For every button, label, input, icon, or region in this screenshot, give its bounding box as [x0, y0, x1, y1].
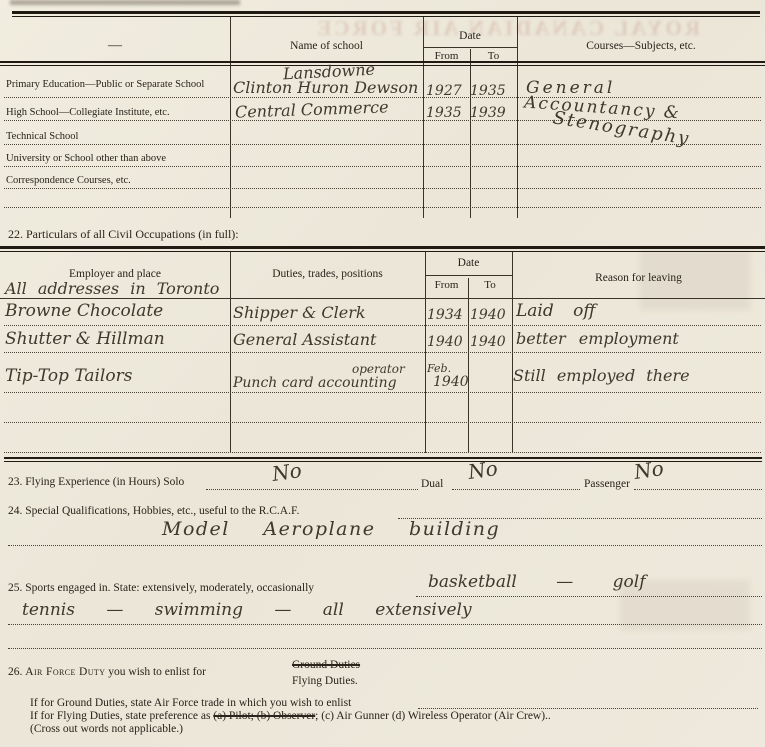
- handwritten-school-name: Central Commerce: [235, 99, 389, 120]
- occupations-date-underline: [425, 275, 512, 276]
- answer-leader: [416, 596, 762, 597]
- handwritten-reason: Laid off: [516, 303, 595, 320]
- education-table-top-rule: [12, 11, 760, 17]
- section-26-label: 26. Air Force Duty you wish to enlist fo…: [8, 666, 206, 680]
- education-header-rule: [0, 61, 765, 66]
- handwritten-qualifications: Model Aeroplane building: [162, 520, 500, 539]
- flying-duties-line: If for Flying Duties, state preference a…: [30, 710, 551, 724]
- answer-leader: [452, 489, 580, 490]
- handwritten-reason: Still employed there: [513, 368, 690, 384]
- section-22-number: 22.: [8, 227, 23, 241]
- occupations-row-line: [4, 422, 761, 423]
- education-fromto-divider: [470, 49, 471, 218]
- handwritten-date-from-month: Feb.: [427, 363, 451, 374]
- scan-smudge: [10, 0, 240, 5]
- handwritten-note-addresses: All addresses in Toronto: [5, 281, 219, 297]
- section-22-heading: 22. Particulars of all Civil Occupations…: [8, 227, 239, 241]
- education-row-label: High School—Collegiate Institute, etc.: [6, 107, 170, 120]
- section-25-label: 25. Sports engaged in. State: extensivel…: [8, 582, 314, 596]
- handwritten-dual-hours: No: [467, 458, 499, 482]
- handwritten-employer: Shutter & Hillman: [5, 331, 165, 348]
- answer-leader: [8, 545, 762, 546]
- handwritten-date-from: 1927: [426, 84, 462, 98]
- occupations-table-top-rule: [0, 246, 765, 252]
- duty-option-ground-struck: Ground Duties: [292, 659, 360, 673]
- cross-out-note: (Cross out words not applicable.): [30, 723, 183, 737]
- education-row-line: [4, 166, 761, 167]
- form-page: ROYAL CANADIAN AIR FORCE — Name of schoo…: [0, 0, 765, 747]
- duty-option-flying: Flying Duties.: [292, 675, 358, 689]
- handwritten-duties: Shipper & Clerk: [233, 305, 366, 321]
- section-26-number: 26.: [8, 666, 22, 678]
- education-row-line: [4, 207, 761, 208]
- education-header-courses: Courses—Subjects, etc.: [517, 40, 765, 54]
- occupations-header-to: To: [468, 279, 512, 292]
- occupations-row-line: [4, 325, 761, 326]
- occupations-header-date: Date: [425, 257, 512, 271]
- handwritten-date-to: 1940: [470, 335, 506, 349]
- education-row-label: University or School other than above: [6, 153, 166, 166]
- ground-duties-line: If for Ground Duties, state Air Force tr…: [30, 697, 351, 711]
- answer-leader: [8, 624, 762, 625]
- handwritten-date-to: 1939: [470, 106, 506, 120]
- handwritten-date-from: 1935: [426, 106, 462, 120]
- flying-duties-pre: If for Flying Duties, state preference a…: [30, 710, 213, 722]
- handwritten-date-to: 1935: [470, 84, 506, 98]
- handwritten-passenger-hours: No: [633, 458, 665, 482]
- education-header-dash: —: [0, 38, 230, 55]
- answer-leader: [418, 708, 758, 709]
- answer-leader: [634, 489, 762, 490]
- passenger-label: Passenger: [584, 478, 630, 492]
- handwritten-date-from: 1940: [427, 335, 463, 349]
- education-date-underline: [423, 47, 517, 48]
- occupations-row-line: [4, 352, 761, 353]
- education-header-school: Name of school: [230, 40, 423, 54]
- section-26-rest: you wish to enlist for: [105, 666, 206, 678]
- education-row-line: [4, 144, 761, 145]
- handwritten-employer: Browne Chocolate: [5, 303, 163, 320]
- dual-label: Dual: [421, 478, 443, 492]
- answer-leader: [8, 648, 762, 649]
- flying-duties-struck-options: (a) Pilot; (b) Observer: [213, 710, 315, 722]
- occupations-fromto-divider: [468, 278, 469, 453]
- handwritten-school-name: Clinton Huron Dewson: [233, 80, 418, 96]
- handwritten-date-from: 1940: [433, 375, 469, 389]
- education-row-label: Correspondence Courses, etc.: [6, 175, 131, 188]
- handwritten-duties: Punch card accounting: [233, 376, 397, 390]
- handwritten-employer: Tip-Top Tailors: [5, 368, 132, 385]
- education-row-label: Primary Education—Public or Separate Sch…: [6, 79, 206, 92]
- handwritten-sports-line2: tennis — swimming — all extensively: [22, 602, 472, 619]
- section-23-label: 23. Flying Experience (in Hours) Solo: [8, 476, 184, 490]
- education-header-date: Date: [423, 30, 517, 44]
- handwritten-solo-hours: No: [271, 460, 303, 484]
- occupations-header-duties: Duties, trades, positions: [230, 268, 425, 282]
- air-force-duty-smallcaps: Air Force Duty: [25, 666, 105, 678]
- section-24-label: 24. Special Qualifications, Hobbies, etc…: [8, 505, 299, 519]
- handwritten-date-to: 1940: [470, 308, 506, 322]
- handwritten-date-from: 1934: [427, 308, 463, 322]
- occupations-header-rule: [0, 298, 765, 299]
- occupations-header-reason: Reason for leaving: [512, 272, 765, 286]
- occupations-row-line: [4, 392, 761, 393]
- section-22-title: Particulars of all Civil Occupations (in…: [26, 227, 239, 241]
- occupations-header-from: From: [425, 279, 468, 292]
- handwritten-duties: General Assistant: [233, 332, 376, 348]
- education-row-label: Technical School: [6, 131, 78, 144]
- education-row-line: [4, 188, 761, 189]
- flying-duties-options: (c) Air Gunner (d) Wireless Operator (Ai…: [321, 710, 551, 722]
- handwritten-sports-line1: basketball — golf: [428, 574, 645, 591]
- occupations-row-line: [4, 452, 761, 453]
- handwritten-reason: better employment: [516, 331, 679, 347]
- answer-leader: [206, 489, 418, 490]
- handwritten-duties-insert: operator: [352, 363, 405, 375]
